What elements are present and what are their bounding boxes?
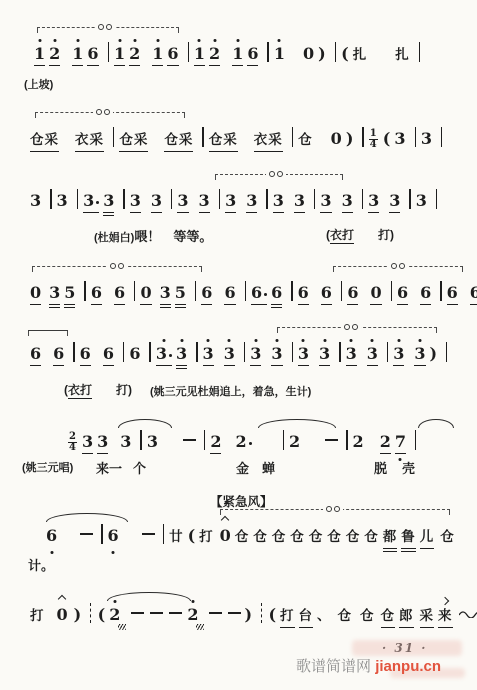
barline bbox=[101, 524, 102, 544]
watermark-url: jianpu.cn bbox=[375, 658, 441, 675]
barline bbox=[123, 342, 124, 362]
barline bbox=[415, 127, 416, 147]
note: 2 bbox=[353, 432, 364, 452]
drum-syllable: 衣打 bbox=[330, 228, 354, 244]
duration-dash bbox=[169, 612, 182, 614]
lyric-word: 壳 bbox=[402, 458, 415, 477]
score-line-5: 66666333333333333) bbox=[30, 342, 452, 366]
note: 7 bbox=[395, 432, 406, 454]
accent-mark bbox=[58, 595, 66, 603]
barline bbox=[84, 281, 85, 301]
octave-dot-low bbox=[112, 551, 115, 554]
octave-dot-high bbox=[254, 339, 257, 342]
drum-syllable: 打) bbox=[354, 228, 394, 242]
barline bbox=[419, 42, 420, 62]
note: 3 bbox=[416, 191, 427, 211]
octave-dot-high bbox=[118, 39, 121, 42]
dotted-note-dot bbox=[96, 201, 99, 204]
note: 仓 bbox=[360, 606, 375, 626]
section-header-text: 【紧急风】 bbox=[210, 495, 273, 509]
note: 、 bbox=[317, 606, 332, 626]
note: 3 bbox=[82, 432, 93, 454]
note: 6 bbox=[224, 283, 235, 305]
note: 5 bbox=[64, 283, 75, 305]
note: 2 bbox=[187, 605, 198, 625]
note: 2 bbox=[209, 44, 220, 66]
note: 采 bbox=[420, 606, 435, 628]
barline bbox=[244, 342, 245, 362]
barline bbox=[108, 42, 109, 62]
note: 2 bbox=[289, 432, 300, 452]
note: 0 bbox=[57, 605, 68, 625]
barline bbox=[245, 281, 246, 301]
note: 1 bbox=[194, 44, 205, 66]
repeat-circles bbox=[266, 171, 286, 177]
barline bbox=[134, 281, 135, 301]
note: 3 bbox=[294, 191, 305, 213]
repeat-circles bbox=[388, 263, 408, 269]
note: 6 bbox=[201, 283, 212, 305]
barline bbox=[196, 342, 197, 362]
note: 3 bbox=[246, 191, 257, 213]
barline bbox=[341, 281, 342, 301]
octave-dot-high bbox=[397, 339, 400, 342]
duration-dash bbox=[325, 439, 338, 441]
note: 打 bbox=[30, 606, 45, 626]
barline bbox=[362, 127, 363, 147]
paren: ( bbox=[188, 526, 196, 545]
note: 3 bbox=[298, 344, 309, 366]
note: 都 bbox=[383, 527, 398, 549]
note: 3 bbox=[342, 191, 353, 213]
note: 来 bbox=[438, 606, 453, 628]
note: 3 bbox=[176, 344, 187, 366]
note: 6 bbox=[167, 44, 178, 66]
note: 5 bbox=[175, 283, 186, 305]
octave-dot-high bbox=[236, 39, 239, 42]
note: 仓采 bbox=[209, 130, 238, 152]
barline bbox=[283, 430, 284, 450]
note: 6 bbox=[46, 526, 57, 546]
octave-dot-high bbox=[323, 339, 326, 342]
repeat-circles bbox=[341, 324, 361, 330]
barline bbox=[113, 127, 114, 147]
repeat-bracket bbox=[220, 509, 450, 516]
note: 仓 bbox=[381, 606, 396, 628]
octave-dot-high bbox=[162, 339, 165, 342]
note: 仓 bbox=[290, 527, 305, 547]
barline bbox=[335, 42, 336, 62]
accent-mark bbox=[441, 597, 449, 605]
speaker-tag: (杜娟白) bbox=[94, 232, 134, 244]
barline bbox=[140, 430, 141, 450]
octave-dot-high bbox=[38, 39, 41, 42]
barline bbox=[415, 430, 416, 450]
accent-mark bbox=[221, 516, 229, 524]
repeat-circles bbox=[95, 24, 115, 30]
note: 2 bbox=[109, 605, 120, 625]
note: 鲁 bbox=[401, 527, 416, 549]
barline bbox=[163, 524, 164, 544]
octave-dot-high bbox=[207, 339, 210, 342]
lyric-word: 蝉 bbox=[262, 458, 275, 477]
note: 3 bbox=[97, 432, 108, 454]
note: 3 bbox=[421, 129, 432, 149]
note: 3 bbox=[224, 344, 235, 366]
repeat-bracket bbox=[28, 330, 68, 337]
barline bbox=[291, 281, 292, 301]
barline bbox=[77, 189, 78, 209]
note: 3 bbox=[57, 191, 68, 211]
repeat-bracket bbox=[277, 327, 437, 334]
note: 0 bbox=[370, 283, 381, 305]
note: 3 bbox=[393, 344, 404, 366]
paren: ) bbox=[244, 605, 252, 624]
note: 打 bbox=[280, 606, 295, 628]
barline bbox=[50, 189, 51, 209]
barline bbox=[204, 430, 205, 450]
barline bbox=[90, 603, 92, 623]
lyric-word: 来一 bbox=[96, 458, 122, 477]
note: 3 bbox=[83, 191, 99, 213]
note: 2 bbox=[235, 432, 251, 452]
note: 仓 bbox=[309, 527, 324, 547]
dotted-note-dot bbox=[264, 293, 267, 296]
note: 6 bbox=[80, 344, 91, 366]
note: 1 bbox=[232, 44, 243, 66]
note: 3 bbox=[120, 432, 131, 452]
note: 仓 bbox=[272, 527, 287, 547]
note: 衣采 bbox=[75, 130, 104, 152]
barline bbox=[195, 281, 196, 301]
duration-dash bbox=[150, 612, 163, 614]
octave-dot-high bbox=[180, 339, 183, 342]
octave-dot-high bbox=[133, 39, 136, 42]
barline bbox=[314, 189, 315, 209]
dotted-note-dot bbox=[169, 354, 172, 357]
note: 3 bbox=[30, 191, 41, 211]
note: 2 bbox=[129, 44, 140, 66]
note: 3 bbox=[250, 344, 261, 366]
barline bbox=[188, 42, 189, 62]
watermark-ghost bbox=[352, 640, 462, 656]
octave-dot-high bbox=[76, 39, 79, 42]
note: 3 bbox=[271, 344, 282, 366]
tremolo-mark bbox=[196, 624, 204, 630]
octave-dot-low bbox=[50, 551, 53, 554]
repeat-bracket bbox=[35, 112, 185, 119]
note: 0 bbox=[30, 283, 41, 305]
barline bbox=[441, 127, 442, 147]
note: 1 bbox=[114, 44, 125, 66]
note: 仓 bbox=[253, 527, 268, 547]
octave-dot-high bbox=[156, 39, 159, 42]
barline bbox=[219, 189, 220, 209]
score-line-7-percussion: 66廿(打0仓仓仓仓仓仓仓仓都鲁儿仓 bbox=[46, 524, 459, 548]
watermark-site-name: 歌谱简谱网 bbox=[296, 658, 371, 675]
note: 3 bbox=[203, 344, 214, 366]
paren: ( bbox=[341, 44, 349, 63]
barline bbox=[339, 342, 340, 362]
note: 6 bbox=[470, 283, 477, 305]
singer-tag: (姚三元唱) bbox=[22, 459, 73, 475]
note: 3 bbox=[414, 344, 425, 366]
stage-direction-yaosanyuan: (姚三元见杜娟追上，着急，生计) bbox=[150, 383, 311, 399]
barline bbox=[409, 189, 410, 209]
note: 1 bbox=[72, 44, 83, 66]
note: 6 bbox=[30, 344, 41, 366]
note: 6 bbox=[87, 44, 98, 66]
note: 3 bbox=[151, 191, 162, 213]
repeat-circles bbox=[107, 263, 127, 269]
note: 6 bbox=[298, 283, 309, 305]
lyric-text: 计。 bbox=[28, 558, 54, 573]
note: 廿 bbox=[169, 527, 184, 547]
note: 3 bbox=[49, 283, 60, 305]
note: 3 bbox=[394, 129, 405, 149]
note: 仓采 bbox=[119, 130, 148, 152]
repeat-bracket bbox=[32, 266, 202, 273]
note: 6 bbox=[447, 283, 458, 305]
note: 6 bbox=[108, 526, 119, 546]
note: 1 bbox=[152, 44, 163, 66]
barline bbox=[266, 189, 267, 209]
barline bbox=[267, 42, 268, 62]
note: 3 bbox=[367, 344, 378, 366]
barline bbox=[436, 189, 437, 209]
repeat-circles bbox=[323, 506, 343, 512]
barline bbox=[362, 189, 363, 209]
score-line-8-percussion: 打0)(22)(打台、仓仓仓郎采来仓) bbox=[30, 603, 477, 627]
lyric-word: 脱 bbox=[374, 458, 387, 477]
score-line-4: 03566035666666606666 bbox=[30, 281, 477, 305]
note: 6 bbox=[103, 344, 114, 366]
slur-tie bbox=[46, 513, 128, 522]
duration-dash bbox=[183, 439, 196, 441]
note: 3 bbox=[199, 191, 210, 213]
dotted-note-dot bbox=[249, 442, 252, 445]
note: 仓 bbox=[235, 527, 250, 547]
octave-dot-high bbox=[228, 339, 231, 342]
note: 仓 bbox=[364, 527, 379, 547]
barline bbox=[292, 342, 293, 362]
score-line-1: 12161216121610)(扎扎 bbox=[34, 42, 425, 66]
barline bbox=[391, 281, 392, 301]
note: 扎 bbox=[395, 45, 410, 65]
score-page: 12161216121610)(扎扎 仓采衣采仓采仓采仓采衣采仓0)14(33 … bbox=[0, 0, 477, 690]
barline bbox=[202, 127, 203, 147]
site-watermark: 歌谱简谱网 jianpu.cn bbox=[296, 655, 441, 676]
note: 仓采 bbox=[164, 130, 193, 152]
note: 3 bbox=[389, 191, 400, 213]
spoken-text: 喂！ 等等。 bbox=[134, 229, 212, 244]
note: 6 bbox=[347, 283, 358, 305]
slur-tie bbox=[118, 419, 172, 428]
note: 6 bbox=[53, 344, 64, 366]
drum-syllable: 打) bbox=[92, 383, 132, 397]
note: 2 bbox=[380, 432, 391, 454]
note: 1 bbox=[34, 44, 45, 66]
note: 3 bbox=[319, 344, 330, 366]
note: 仓 bbox=[298, 130, 313, 150]
slur-tie bbox=[418, 419, 454, 428]
duration-dash bbox=[209, 612, 222, 614]
note: 3 bbox=[103, 191, 114, 213]
note: 2 bbox=[210, 432, 221, 454]
barline bbox=[346, 430, 347, 450]
note: 6 bbox=[91, 283, 102, 305]
barline bbox=[440, 281, 441, 301]
note: 0 bbox=[220, 526, 231, 546]
octave-dot-high bbox=[418, 339, 421, 342]
note: 仓 bbox=[346, 527, 361, 547]
note: 6 bbox=[247, 44, 258, 66]
lyric-word: 个 bbox=[133, 458, 146, 477]
octave-dot-high bbox=[191, 600, 194, 603]
note: 仓 bbox=[440, 527, 455, 547]
stage-direction-shangpo: (上坡) bbox=[24, 76, 53, 92]
note: 儿 bbox=[420, 527, 435, 549]
paren: ) bbox=[346, 129, 354, 148]
note: 打 bbox=[199, 527, 214, 547]
barline bbox=[123, 189, 124, 209]
percussion-cue-yida-1: (衣打 打) bbox=[326, 226, 394, 243]
note: 仓 bbox=[338, 606, 353, 626]
barline bbox=[261, 603, 263, 623]
paren: ( bbox=[383, 129, 391, 148]
note: 3 bbox=[160, 283, 171, 305]
score-line-2-percussion: 仓采衣采仓采仓采仓采衣采仓0)14(33 bbox=[30, 127, 447, 151]
octave-dot-high bbox=[350, 339, 353, 342]
barline bbox=[149, 342, 150, 362]
note: 台 bbox=[299, 606, 314, 628]
paren: ( bbox=[98, 605, 106, 624]
paren: ) bbox=[318, 44, 326, 63]
note: 3 bbox=[156, 344, 172, 366]
note: 扎 bbox=[353, 45, 368, 65]
barline bbox=[446, 342, 447, 362]
stage-direction-text: (上坡) bbox=[24, 79, 53, 91]
slur-tie bbox=[258, 419, 336, 428]
note: 3 bbox=[147, 432, 158, 452]
note: 6 bbox=[397, 283, 408, 305]
repeat-circles bbox=[93, 109, 113, 115]
note: 仓 bbox=[327, 527, 342, 547]
section-header-jinjifeng: 【紧急风】 bbox=[210, 492, 273, 510]
lyrics-row: (姚三元唱)来一个金蝉脱壳 bbox=[0, 458, 477, 476]
note: 3 bbox=[346, 344, 357, 366]
wavy-line bbox=[459, 605, 477, 613]
octave-dot-high bbox=[198, 39, 201, 42]
note: 2 bbox=[49, 44, 60, 66]
time-signature: 14 bbox=[369, 130, 378, 149]
note: 3 bbox=[225, 191, 236, 213]
note: 3 bbox=[368, 191, 379, 213]
note: 6 bbox=[129, 344, 140, 364]
barline bbox=[292, 127, 293, 147]
duration-dash bbox=[228, 612, 241, 614]
lyric-word: 金 bbox=[236, 458, 249, 477]
percussion-cue-yida-2: (衣打 打) bbox=[64, 381, 132, 398]
drum-syllable: 衣打 bbox=[68, 383, 92, 399]
repeat-bracket bbox=[215, 174, 343, 181]
repeat-bracket bbox=[333, 266, 463, 273]
barline bbox=[387, 342, 388, 362]
octave-dot-high bbox=[302, 339, 305, 342]
paren: ( bbox=[268, 605, 276, 624]
duration-dash bbox=[142, 533, 155, 535]
octave-dot-high bbox=[275, 339, 278, 342]
octave-dot-high bbox=[213, 39, 216, 42]
note: 6 bbox=[321, 283, 332, 305]
note: 3 bbox=[177, 191, 188, 213]
note: 衣采 bbox=[254, 130, 283, 152]
note: 3 bbox=[320, 191, 331, 213]
note: 1 bbox=[274, 44, 285, 64]
note: 6 bbox=[114, 283, 125, 305]
barline bbox=[171, 189, 172, 209]
barline bbox=[73, 342, 74, 362]
lyric-continuation: 计。 bbox=[28, 555, 54, 574]
stage-direction-text: (姚三元见杜娟追上，着急，生计) bbox=[150, 386, 311, 398]
note: 0 bbox=[303, 44, 314, 64]
duration-dash bbox=[131, 612, 144, 614]
tremolo-mark bbox=[118, 624, 126, 630]
note: 仓采 bbox=[30, 130, 59, 152]
spoken-line-dujuan: (杜娟白)喂！ 等等。 bbox=[94, 226, 212, 246]
duration-dash bbox=[80, 533, 93, 535]
score-line-3: 33333333333333333 bbox=[30, 189, 442, 213]
repeat-bracket bbox=[37, 27, 179, 34]
octave-dot-high bbox=[278, 39, 281, 42]
note: 6 bbox=[420, 283, 431, 305]
octave-dot-high bbox=[53, 39, 56, 42]
note: 郎 bbox=[399, 606, 414, 628]
note: 0 bbox=[140, 283, 151, 305]
note: 0 bbox=[331, 129, 342, 149]
note: 3 bbox=[130, 191, 141, 213]
note: 6 bbox=[251, 283, 267, 305]
note: 3 bbox=[273, 191, 284, 213]
note: 6 bbox=[271, 283, 282, 305]
paren: ) bbox=[430, 344, 438, 363]
octave-dot-high bbox=[371, 339, 374, 342]
slur-tie bbox=[107, 592, 191, 601]
time-signature: 24 bbox=[68, 433, 77, 452]
paren: ) bbox=[74, 605, 82, 624]
score-line-6-vocal: 243333222227 bbox=[68, 430, 421, 454]
